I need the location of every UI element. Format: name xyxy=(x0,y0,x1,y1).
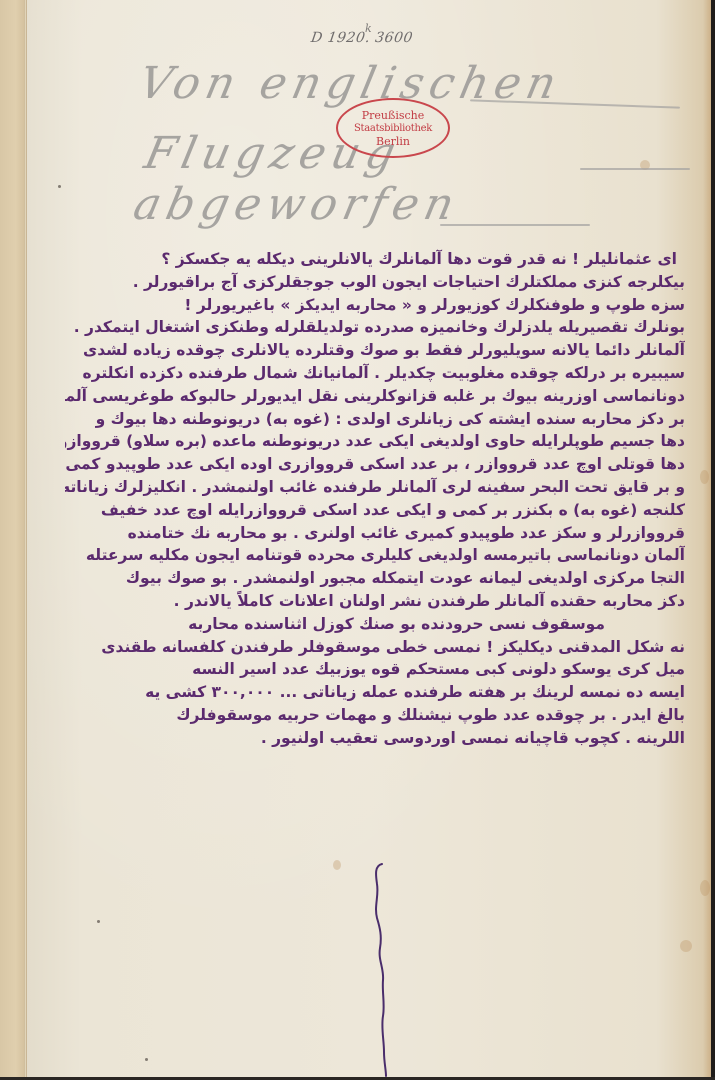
speck xyxy=(58,185,61,188)
text-line: موسقوف نسی حرودنده بو صنك كوزل اثناسنده … xyxy=(65,613,685,636)
text-line: آلمانلر دائما یالانه سویلیورلر فقط بو صو… xyxy=(65,339,685,362)
text-line: سزه طوپ و طوفنكلرك كوزیورلر و « محاربه ا… xyxy=(65,294,685,317)
shelfmark: D 1920. 3600 xyxy=(310,30,414,46)
text-line: نه شكل المدقنی دیكلیكز ! نمسی خطی موسقوف… xyxy=(65,636,685,659)
stamp-line-1: Preußische xyxy=(362,109,425,122)
text-line: آلمان دونانماسی باتیرمسه اولدیغی كلیلری … xyxy=(65,544,685,567)
foxing-stain xyxy=(700,880,710,896)
text-line: التجا مركزی اولدیغی لیمانه عودت ایتمكله … xyxy=(65,567,685,590)
text-line: قرووازرلر و سكز عدد طوپیدو كمیری غائب او… xyxy=(65,522,685,545)
text-line: و بر قایق تحت البحر سفینه لری آلمانلر طر… xyxy=(65,476,685,499)
text-line: دها قوتلی اوچ عدد قرووازر ، بر عدد اسكی … xyxy=(65,453,685,476)
text-line: بیكلرجه كنزی مملكتلرك احتیاجات ایجون الو… xyxy=(65,271,685,294)
text-line: ای عثمانلیلر ! نه قدر قوت دها آلمانلرك ی… xyxy=(65,248,685,271)
foxing-stain xyxy=(333,860,341,870)
text-line: بالغ ایدر . بر چوقده عدد طوپ نیشنلك و مه… xyxy=(65,704,685,727)
stamp-line-3: Berlin xyxy=(376,135,410,148)
text-line: كلنجه (غوه به) ه بكنزر بر كمی و ایكی عدد… xyxy=(65,499,685,522)
pencil-underline xyxy=(440,224,590,226)
foxing-stain xyxy=(680,940,692,952)
text-line: دها جسیم طوپلرایله حاوی اولدیغی ایكی عدد… xyxy=(65,430,685,453)
text-line: دكز محاربه حقنده آلمانلر طرفندن نشر اولن… xyxy=(65,590,685,613)
speck xyxy=(145,1058,148,1061)
text-line: اللرینه . كچوب قاچیانه نمسی اوردوسی تعقی… xyxy=(65,727,685,750)
text-line: سیبیره بر درلكه چوقده مغلوبیت چكدیلر . آ… xyxy=(65,362,685,385)
foxing-stain xyxy=(700,470,709,484)
text-line: میل كری یوسكو دلونی كبی مستحكم قوه یوزبی… xyxy=(65,658,685,681)
text-line: ایسه ده نمسه لرینك بر هفته طرفنده عمله ز… xyxy=(65,681,685,704)
speck xyxy=(97,920,100,923)
manuscript-body: ای عثمانلیلر ! نه قدر قوت دها آلمانلرك ی… xyxy=(65,248,685,750)
text-line: بونلرك تقصیریله یلدزلرك وخانمیزه صدرده ت… xyxy=(65,316,685,339)
text-line: بر دكز محاربه سنده ایشته كی زیانلری اولد… xyxy=(65,408,685,431)
book-binding xyxy=(0,0,26,1077)
pencil-underline xyxy=(580,168,690,170)
end-flourish-icon xyxy=(370,862,390,1077)
library-stamp: Preußische Staatsbibliothek Berlin xyxy=(336,98,450,158)
stamp-line-2: Staatsbibliothek xyxy=(354,122,432,135)
text-line: دونانماسی اوزرینه بیوك بر غلبه قزانوكلری… xyxy=(65,385,685,408)
